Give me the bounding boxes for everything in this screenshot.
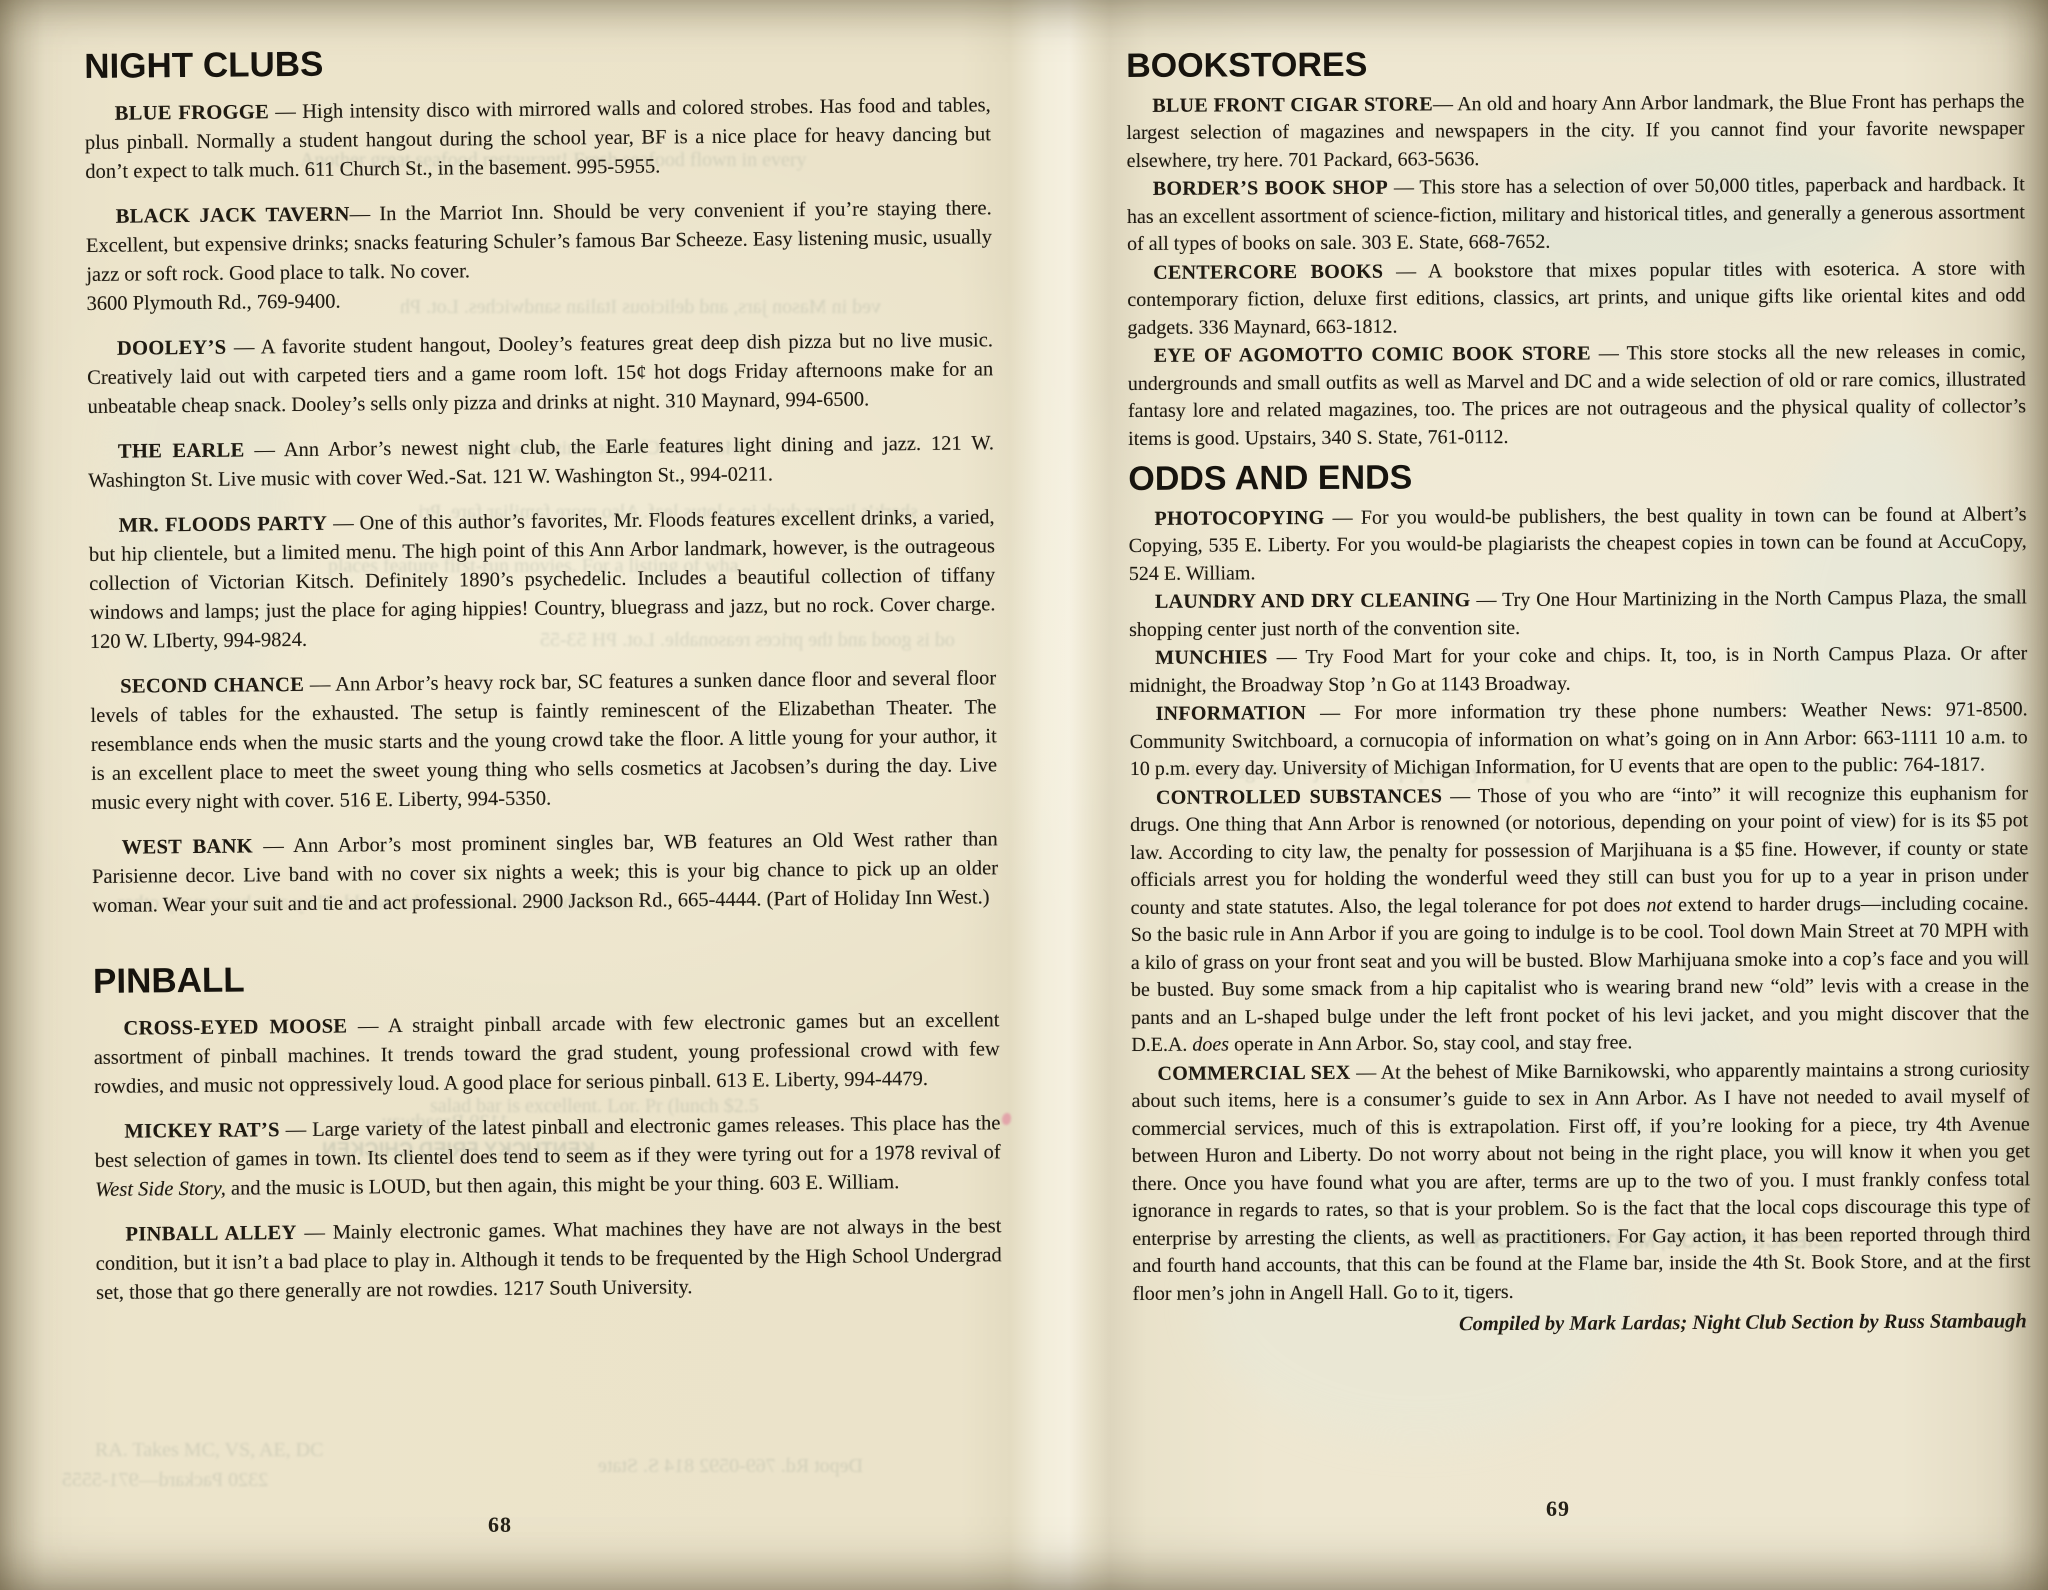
entry-paragraph: SECOND CHANCE — Ann Arbor’s heavy rock b… [90, 664, 997, 818]
entry-name: INFORMATION [1155, 703, 1306, 726]
entry-paragraph: LAUNDRY AND DRY CLEANING — Try One Hour … [1129, 585, 2027, 645]
entry-paragraph: PINBALL ALLEY — Mainly electronic games.… [95, 1212, 1002, 1308]
entry-paragraph: CONTROLLED SUBSTANCES — Those of you who… [1130, 780, 2029, 1060]
entry-name: LAUNDRY AND DRY CLEANING [1155, 590, 1471, 614]
entry-name: DOOLEY’S [117, 336, 227, 359]
entry-name: MICKEY RAT’S [124, 1119, 280, 1142]
section: PINBALLCROSS-EYED MOOSE — A straight pin… [93, 954, 1002, 1307]
entry-paragraph: CROSS-EYED MOOSE — A straight pinball ar… [93, 1006, 1000, 1102]
section: NIGHT CLUBSBLUE FROGGE — High intensity … [84, 39, 998, 920]
entry-name: SECOND CHANCE [120, 674, 304, 698]
entry-paragraph: BLUE FROGGE — High intensity disco with … [85, 91, 992, 187]
entry-paragraph: MR. FLOODS PARTY — One of this author’s … [89, 503, 996, 657]
entry-name: BLUE FROGGE [115, 101, 270, 124]
entry-name: BLUE FRONT CIGAR STORE [1152, 93, 1433, 116]
entry-paragraph: THE EARLE — Ann Arbor’s newest night clu… [88, 429, 995, 496]
entry-name: PHOTOCOPYING [1154, 507, 1324, 530]
section-heading: BOOKSTORES [1126, 43, 2024, 84]
entry-name: MUNCHIES [1155, 647, 1268, 670]
entry-paragraph: PHOTOCOPYING — For you would-be publishe… [1128, 501, 2026, 588]
section-heading: PINBALL [93, 954, 999, 1000]
entry-paragraph: BLUE FRONT CIGAR STORE— An old and hoary… [1126, 88, 2024, 175]
page-right: BOOKSTORESBLUE FRONT CIGAR STORE— An old… [1126, 36, 2024, 1340]
scan-artifact-mark [1002, 1113, 1011, 1125]
entry-name: EYE OF AGOMOTTO COMIC BOOK STORE [1154, 343, 1591, 367]
bleedthrough-text: Depot Rd. 769-0592 814 S. State [598, 1456, 863, 1476]
section-heading: NIGHT CLUBS [84, 39, 990, 85]
page-number-left: 68 [420, 1512, 580, 1538]
bleedthrough-text: 2320 Packard—971-5555 [62, 1470, 268, 1490]
entry-name: COMMERCIAL SEX [1157, 1062, 1350, 1085]
entry-paragraph: DOOLEY’S — A favorite student hangout, D… [87, 326, 994, 422]
entry-name: CONTROLLED SUBSTANCES [1156, 785, 1442, 808]
entry-paragraph: MUNCHIES — Try Food Mart for your coke a… [1129, 641, 2027, 701]
entry-paragraph: INFORMATION — For more information try t… [1129, 697, 2027, 784]
entry-name: WEST BANK [122, 835, 253, 858]
entry-name: MR. FLOODS PARTY [119, 512, 328, 536]
scanned-book-spread: Another great seafood restaurant! Fresh … [0, 0, 2048, 1590]
section: ODDS AND ENDSPHOTOCOPYING — For you woul… [1128, 457, 2030, 1309]
entry-name: THE EARLE [118, 439, 245, 462]
entry-paragraph: BORDER’S BOOK SHOP — This store has a se… [1127, 172, 2025, 259]
page-left: NIGHT CLUBSBLUE FROGGE — High intensity … [84, 40, 990, 1324]
page-number-right: 69 [1478, 1496, 1638, 1522]
entry-paragraph: BLACK JACK TAVERN— In the Marriot Inn. S… [86, 194, 993, 319]
entry-name: CENTERCORE BOOKS [1153, 260, 1383, 283]
entry-paragraph: CENTERCORE BOOKS — A bookstore that mixe… [1127, 255, 2025, 342]
entry-paragraph: WEST BANK — Ann Arbor’s most prominent s… [92, 825, 999, 921]
bleedthrough-text: RA. Takes MC, VS, AE, DC [95, 1440, 323, 1460]
credit-line: Compiled by Mark Lardas; Night Club Sect… [1133, 1308, 2031, 1341]
entry-paragraph: MICKEY RAT’S — Large variety of the late… [94, 1109, 1001, 1205]
entry-paragraph: EYE OF AGOMOTTO COMIC BOOK STORE — This … [1128, 339, 2027, 454]
entry-name: BLACK JACK TAVERN [116, 203, 350, 227]
page-right-content: BOOKSTORESBLUE FRONT CIGAR STORE— An old… [1126, 43, 2031, 1308]
page-left-content: NIGHT CLUBSBLUE FROGGE — High intensity … [84, 39, 1002, 1307]
entry-address-line: 3600 Plymouth Rd., 769-9400. [86, 281, 992, 319]
entry-name: PINBALL ALLEY [125, 1222, 296, 1246]
section-heading: ODDS AND ENDS [1128, 457, 2026, 498]
entry-name: BORDER’S BOOK SHOP [1153, 177, 1388, 200]
entry-name: CROSS-EYED MOOSE [123, 1015, 347, 1039]
entry-paragraph: COMMERCIAL SEX — At the behest of Mike B… [1131, 1056, 2030, 1308]
section: BOOKSTORESBLUE FRONT CIGAR STORE— An old… [1126, 43, 2026, 453]
